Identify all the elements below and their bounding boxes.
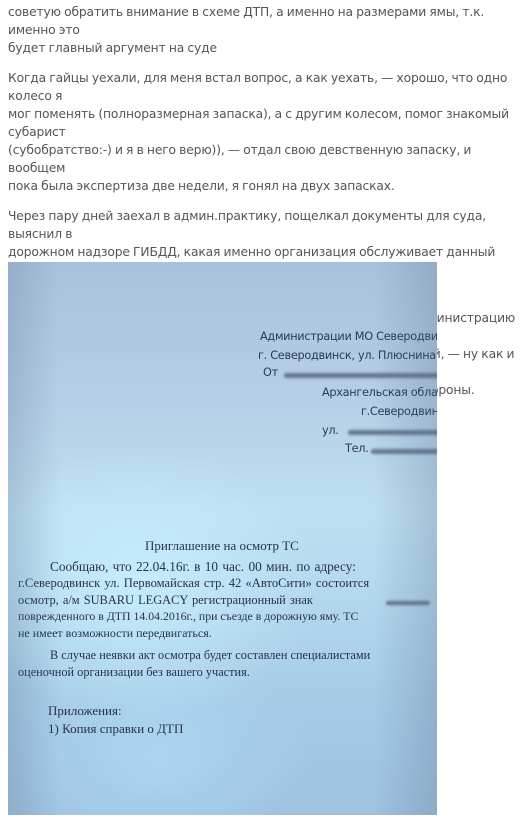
doc-body-line: г.Северодвинск ул. Первомайская стр. 42 …: [18, 576, 369, 591]
redaction-mark: [386, 600, 430, 606]
redaction-mark: [371, 448, 437, 455]
doc-attachments-title: Приложения:: [48, 703, 122, 719]
doc-street-label: ул.: [322, 424, 339, 437]
doc-body-line: поврежденного в ДТП 14.04.2016г., при съ…: [18, 609, 358, 624]
text-line: мог поменять (полноразмерная запаска), а…: [8, 107, 509, 139]
doc-body-line: Сообщаю, что 22.04.16г. в 10 час. 00 мин…: [50, 559, 356, 575]
doc-body-line: осмотр, а/м SUBARU LEGACY регистрационны…: [18, 593, 313, 608]
text-line: будет главный аргумент на суде: [8, 41, 217, 55]
redaction-mark: [284, 372, 437, 379]
doc-title: Приглашение на осмотр ТС: [145, 538, 299, 554]
doc-attachment-item: 1) Копия справки о ДТП: [48, 721, 183, 737]
doc-city: г.Северодвинс: [361, 405, 437, 418]
doc-region: Архангельская облас: [322, 386, 437, 399]
text-line: (субобратство:-) и я в него верю)), — от…: [8, 143, 471, 175]
doc-from-label: От: [263, 366, 278, 379]
text-line: Когда гайцы уехали, для меня встал вопро…: [8, 71, 507, 103]
paragraph-advice: советую обратить внимание в схеме ДТП, а…: [8, 3, 520, 57]
doc-phone-label: Тел.: [345, 442, 368, 455]
doc-recipient-line1: Администрации МО Северодвин: [260, 330, 437, 343]
text-line: Через пару дней заехал в админ.практику,…: [8, 209, 486, 241]
document-photo: Администрации МО Северодвин г. Северодви…: [8, 262, 437, 815]
redaction-mark: [348, 429, 437, 436]
text-line: советую обратить внимание в схеме ДТП, а…: [8, 5, 484, 37]
doc-body-line: не имеет возможности передвигаться.: [18, 626, 212, 641]
doc-absence-line: оценочной организации без вашего участия…: [18, 665, 250, 680]
text-line: пока была экспертиза две недели, я гонял…: [8, 179, 395, 193]
doc-recipient-line2: г. Северодвинск, ул. Плюснина д: [258, 349, 437, 362]
paragraph-spare-tire: Когда гайцы уехали, для меня встал вопро…: [8, 69, 520, 195]
doc-absence-line: В случае неявки акт осмотра будет состав…: [50, 648, 370, 663]
